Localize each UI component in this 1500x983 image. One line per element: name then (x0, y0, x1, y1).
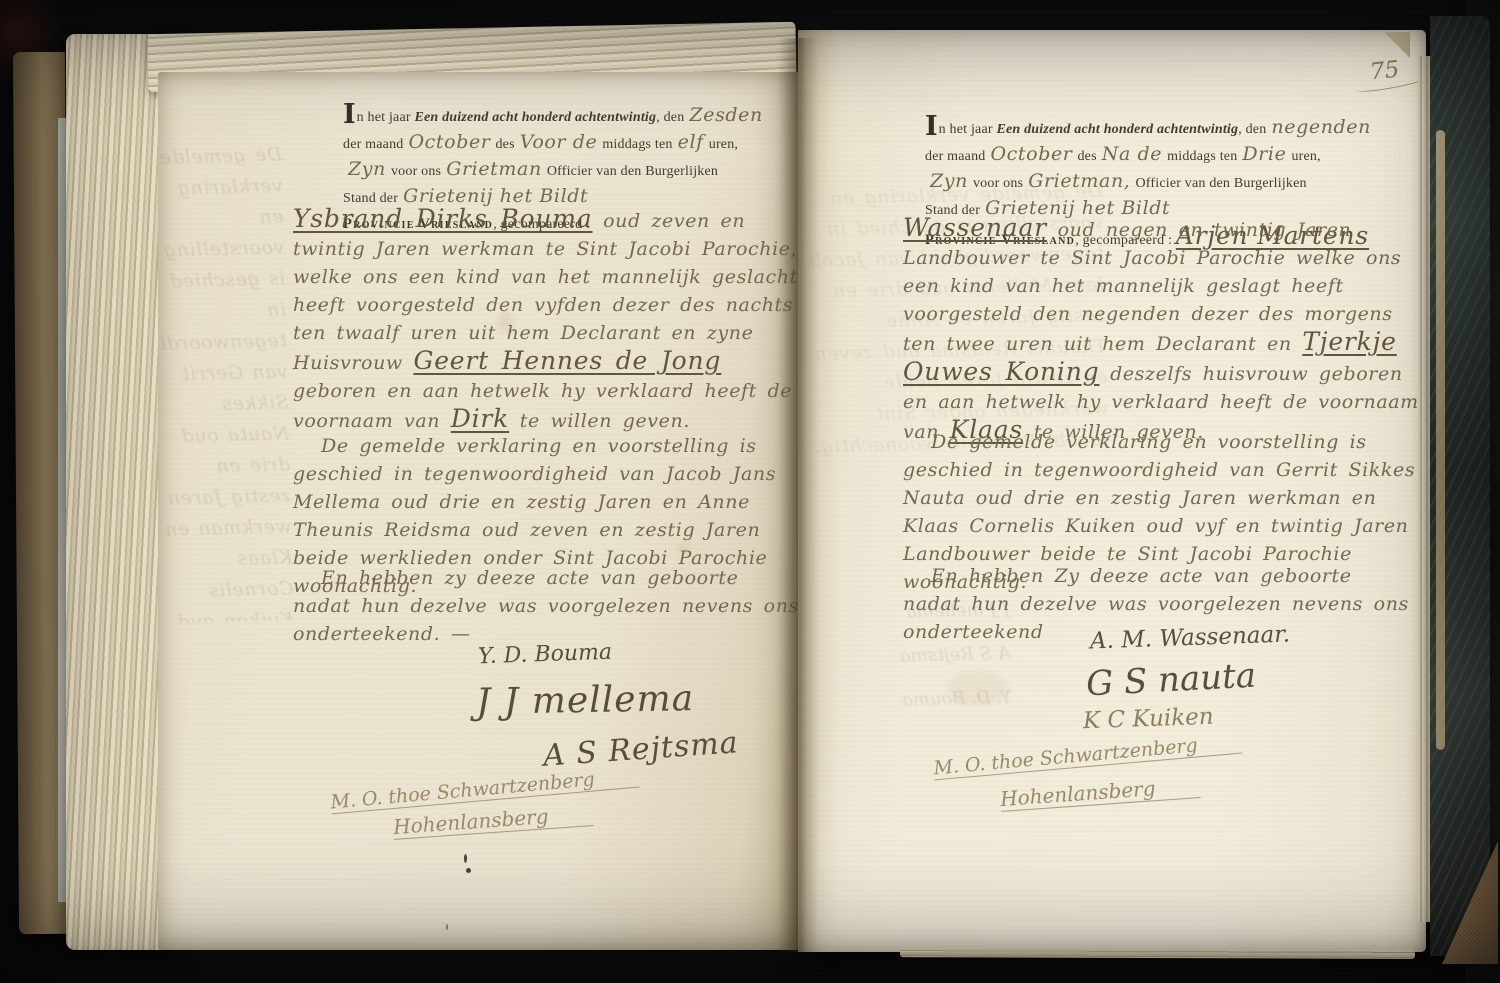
text-line: der maandOctoberdesNa demiddags tenDrieu… (925, 142, 1405, 169)
text-segment: Grietman, (1028, 170, 1130, 192)
text-segment: Dirk (451, 404, 509, 433)
text-segment: Wassenaar (903, 213, 1047, 242)
signature-declarant-wassenaar: A. M. Wassenaar. (1090, 622, 1291, 655)
text-segment: der maand (343, 137, 404, 152)
text-segment: I (925, 111, 938, 142)
text-segment: De gemelde verklaring en voorstelling is… (154, 143, 295, 623)
text-segment: , den (1238, 122, 1266, 137)
text-line: In het jaar Een duizend acht honderd ach… (343, 100, 813, 130)
signature-witness-rejtsma: A S Rejtsma (542, 725, 740, 774)
ink-blot (464, 854, 467, 863)
right-page: De gemelde verklaring en voorstelling is… (798, 30, 1426, 952)
text-segment: middags ten (1167, 149, 1237, 164)
text-line: In het jaar Een duizend acht honderd ach… (925, 112, 1405, 142)
bottom-page-edges (900, 948, 1415, 959)
text-segment: elf (678, 131, 704, 153)
signature-witness-kuiken: K C Kuiken (1083, 704, 1214, 735)
text-line: Zynvoor onsGrietman,Officier van den Bur… (925, 169, 1405, 196)
archival-book-photo: De gemelde verklaring en voorstelling is… (0, 0, 1500, 983)
text-segment: uren, (1291, 149, 1320, 164)
text-segment: Zesden (689, 104, 762, 126)
left-page: De gemelde verklaring en voorstelling is… (158, 72, 798, 950)
text-segment: Zyn (930, 170, 968, 192)
left-act-body-paragraph-1: Ysbrand Dirks Bouma oud zeven en twintig… (293, 205, 805, 435)
left-act-closing-paragraph: En hebben zy deeze acte van geboorte nad… (293, 564, 805, 648)
text-segment: Officier van den Burgerlijken (547, 164, 718, 179)
text-segment: I (343, 99, 356, 130)
text-line: der maandOctoberdesVoor demiddags tenelf… (343, 130, 813, 157)
text-segment: Geert Hennes de Jong (413, 346, 721, 375)
text-segment: Een duizend acht honderd achtentwintig (996, 122, 1238, 137)
text-segment: Drie (1242, 143, 1286, 165)
cover-edge-highlight (1436, 130, 1445, 750)
text-segment: te willen geven. (509, 410, 690, 432)
text-segment: n het jaar (939, 122, 997, 137)
text-segment: der maand (925, 149, 986, 164)
text-segment: voor ons (391, 164, 441, 179)
text-segment: Officier van den Burgerlijken (1135, 176, 1306, 191)
signature-official-hohenlansberg: Hohenlansberg (392, 801, 593, 840)
signature-witness-mellema: J J mellema (476, 678, 695, 723)
right-act-body-paragraph-1: Wassenaar oud negen en twintig Jaren Lan… (903, 214, 1419, 446)
text-segment: October (991, 143, 1073, 165)
text-segment: , den (656, 110, 684, 125)
signature-declarant-bouma: Y. D. Bouma (478, 640, 613, 670)
text-line: Zynvoor onsGrietmanOfficier van den Burg… (343, 157, 813, 184)
text-segment: voor ons (973, 176, 1023, 191)
page-corner-fold (1384, 32, 1410, 58)
ink-blot (446, 924, 448, 930)
text-segment: uren, (709, 137, 738, 152)
text-segment: Een duizend acht honderd achtentwintig (414, 110, 656, 125)
signature-witness-nauta: G S nauta (1085, 656, 1257, 705)
text-segment: En hebben zy deeze acte van geboorte nad… (293, 567, 799, 645)
paper-stain (948, 670, 1008, 706)
bleedthrough-signature: Y. D. Bouma (831, 676, 1012, 725)
left-page-ink-bleedthrough: De gemelde verklaring en voorstelling is… (154, 140, 295, 623)
ink-blot (466, 868, 471, 873)
text-segment: negenden (1271, 116, 1371, 138)
signature-official-hohenlansberg: Hohenlansberg (999, 773, 1200, 812)
text-segment: October (409, 131, 491, 153)
text-segment: n het jaar (357, 110, 415, 125)
text-segment: Zyn (348, 158, 386, 180)
text-segment: des (495, 137, 514, 152)
text-segment: middags ten (602, 137, 672, 152)
text-segment: Ysbrand Dirks Bouma (293, 204, 593, 233)
bleedthrough-text: De gemelde verklaring en voorstelling is… (154, 140, 295, 623)
text-segment: Voor de (520, 131, 598, 153)
text-segment: Grietman (446, 158, 542, 180)
text-segment: des (1077, 149, 1096, 164)
text-segment: Na de (1102, 143, 1162, 165)
signature-official-schwartzenberg: M. O. thoe Schwartzenberg (330, 765, 640, 815)
page-number: 75 (1369, 57, 1401, 86)
